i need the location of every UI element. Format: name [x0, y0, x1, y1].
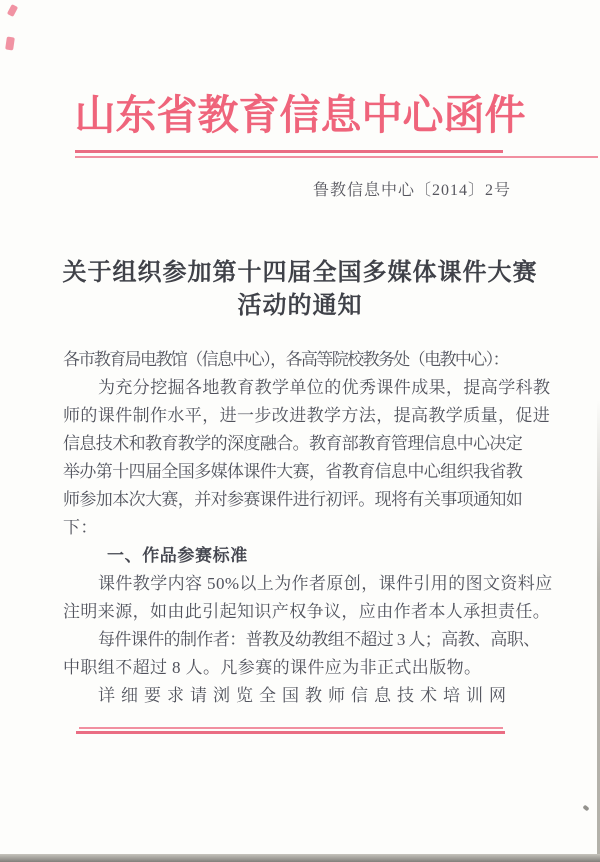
red-pen-mark-icon	[7, 4, 18, 17]
red-pen-mark-icon	[5, 37, 15, 51]
letterhead-rule-thin	[75, 156, 598, 158]
body-line: 详细要求请浏览全国教师信息技术培训网	[63, 682, 543, 710]
body-line: 注明来源，如由此引起知识产权争议，应由作者本人承担责任。	[63, 598, 543, 626]
body-line: 下：	[63, 514, 543, 542]
body-line: 信息技术和教育教学的深度融合。教育部教育管理信息中心决定	[63, 430, 543, 458]
subject-line-1: 关于组织参加第十四届全国多媒体课件大赛	[40, 257, 560, 290]
subject-line-2: 活动的通知	[40, 290, 560, 323]
subject-title: 关于组织参加第十四届全国多媒体课件大赛 活动的通知	[40, 257, 560, 323]
body-line: 中职组不超过 8 人。凡参赛的课件应为非正式出版物。	[63, 654, 543, 682]
section-heading: 一、作品参赛标准	[63, 542, 543, 570]
footer-rule-thick	[76, 731, 505, 734]
letterhead-title: 山东省教育信息中心函件	[60, 88, 540, 142]
scan-speck	[582, 805, 589, 812]
body-line-salutation: 各市教育局电教馆（信息中心），各高等院校教务处（电教中心）：	[63, 346, 543, 374]
letter-body: 各市教育局电教馆（信息中心），各高等院校教务处（电教中心）： 为充分挖掘各地教育…	[63, 346, 543, 710]
body-line: 师参加本次大赛，并对参赛课件进行初评。现将有关事项通知如	[63, 486, 543, 514]
document-number: 鲁教信息中心〔2014〕2号	[313, 177, 511, 200]
footer-rule-thin	[79, 727, 503, 729]
body-line: 为充分挖掘各地教育教学单位的优秀课件成果，提高学科教	[63, 374, 543, 402]
letterhead-rule-thick	[75, 150, 503, 153]
body-line: 课件教学内容 50%以上为作者原创，课件引用的图文资料应	[63, 570, 543, 598]
body-line: 每件课件的制作者：普教及幼教组不超过 3 人；高教、高职、	[63, 626, 543, 654]
scanned-letter-page: 山东省教育信息中心函件 鲁教信息中心〔2014〕2号 关于组织参加第十四届全国多…	[0, 0, 600, 862]
body-line: 举办第十四届全国多媒体课件大赛，省教育信息中心组织我省教	[63, 458, 543, 486]
body-line: 师的课件制作水平，进一步改进教学方法，提高教学质量，促进	[63, 402, 543, 430]
scan-bottom-edge	[0, 854, 600, 862]
